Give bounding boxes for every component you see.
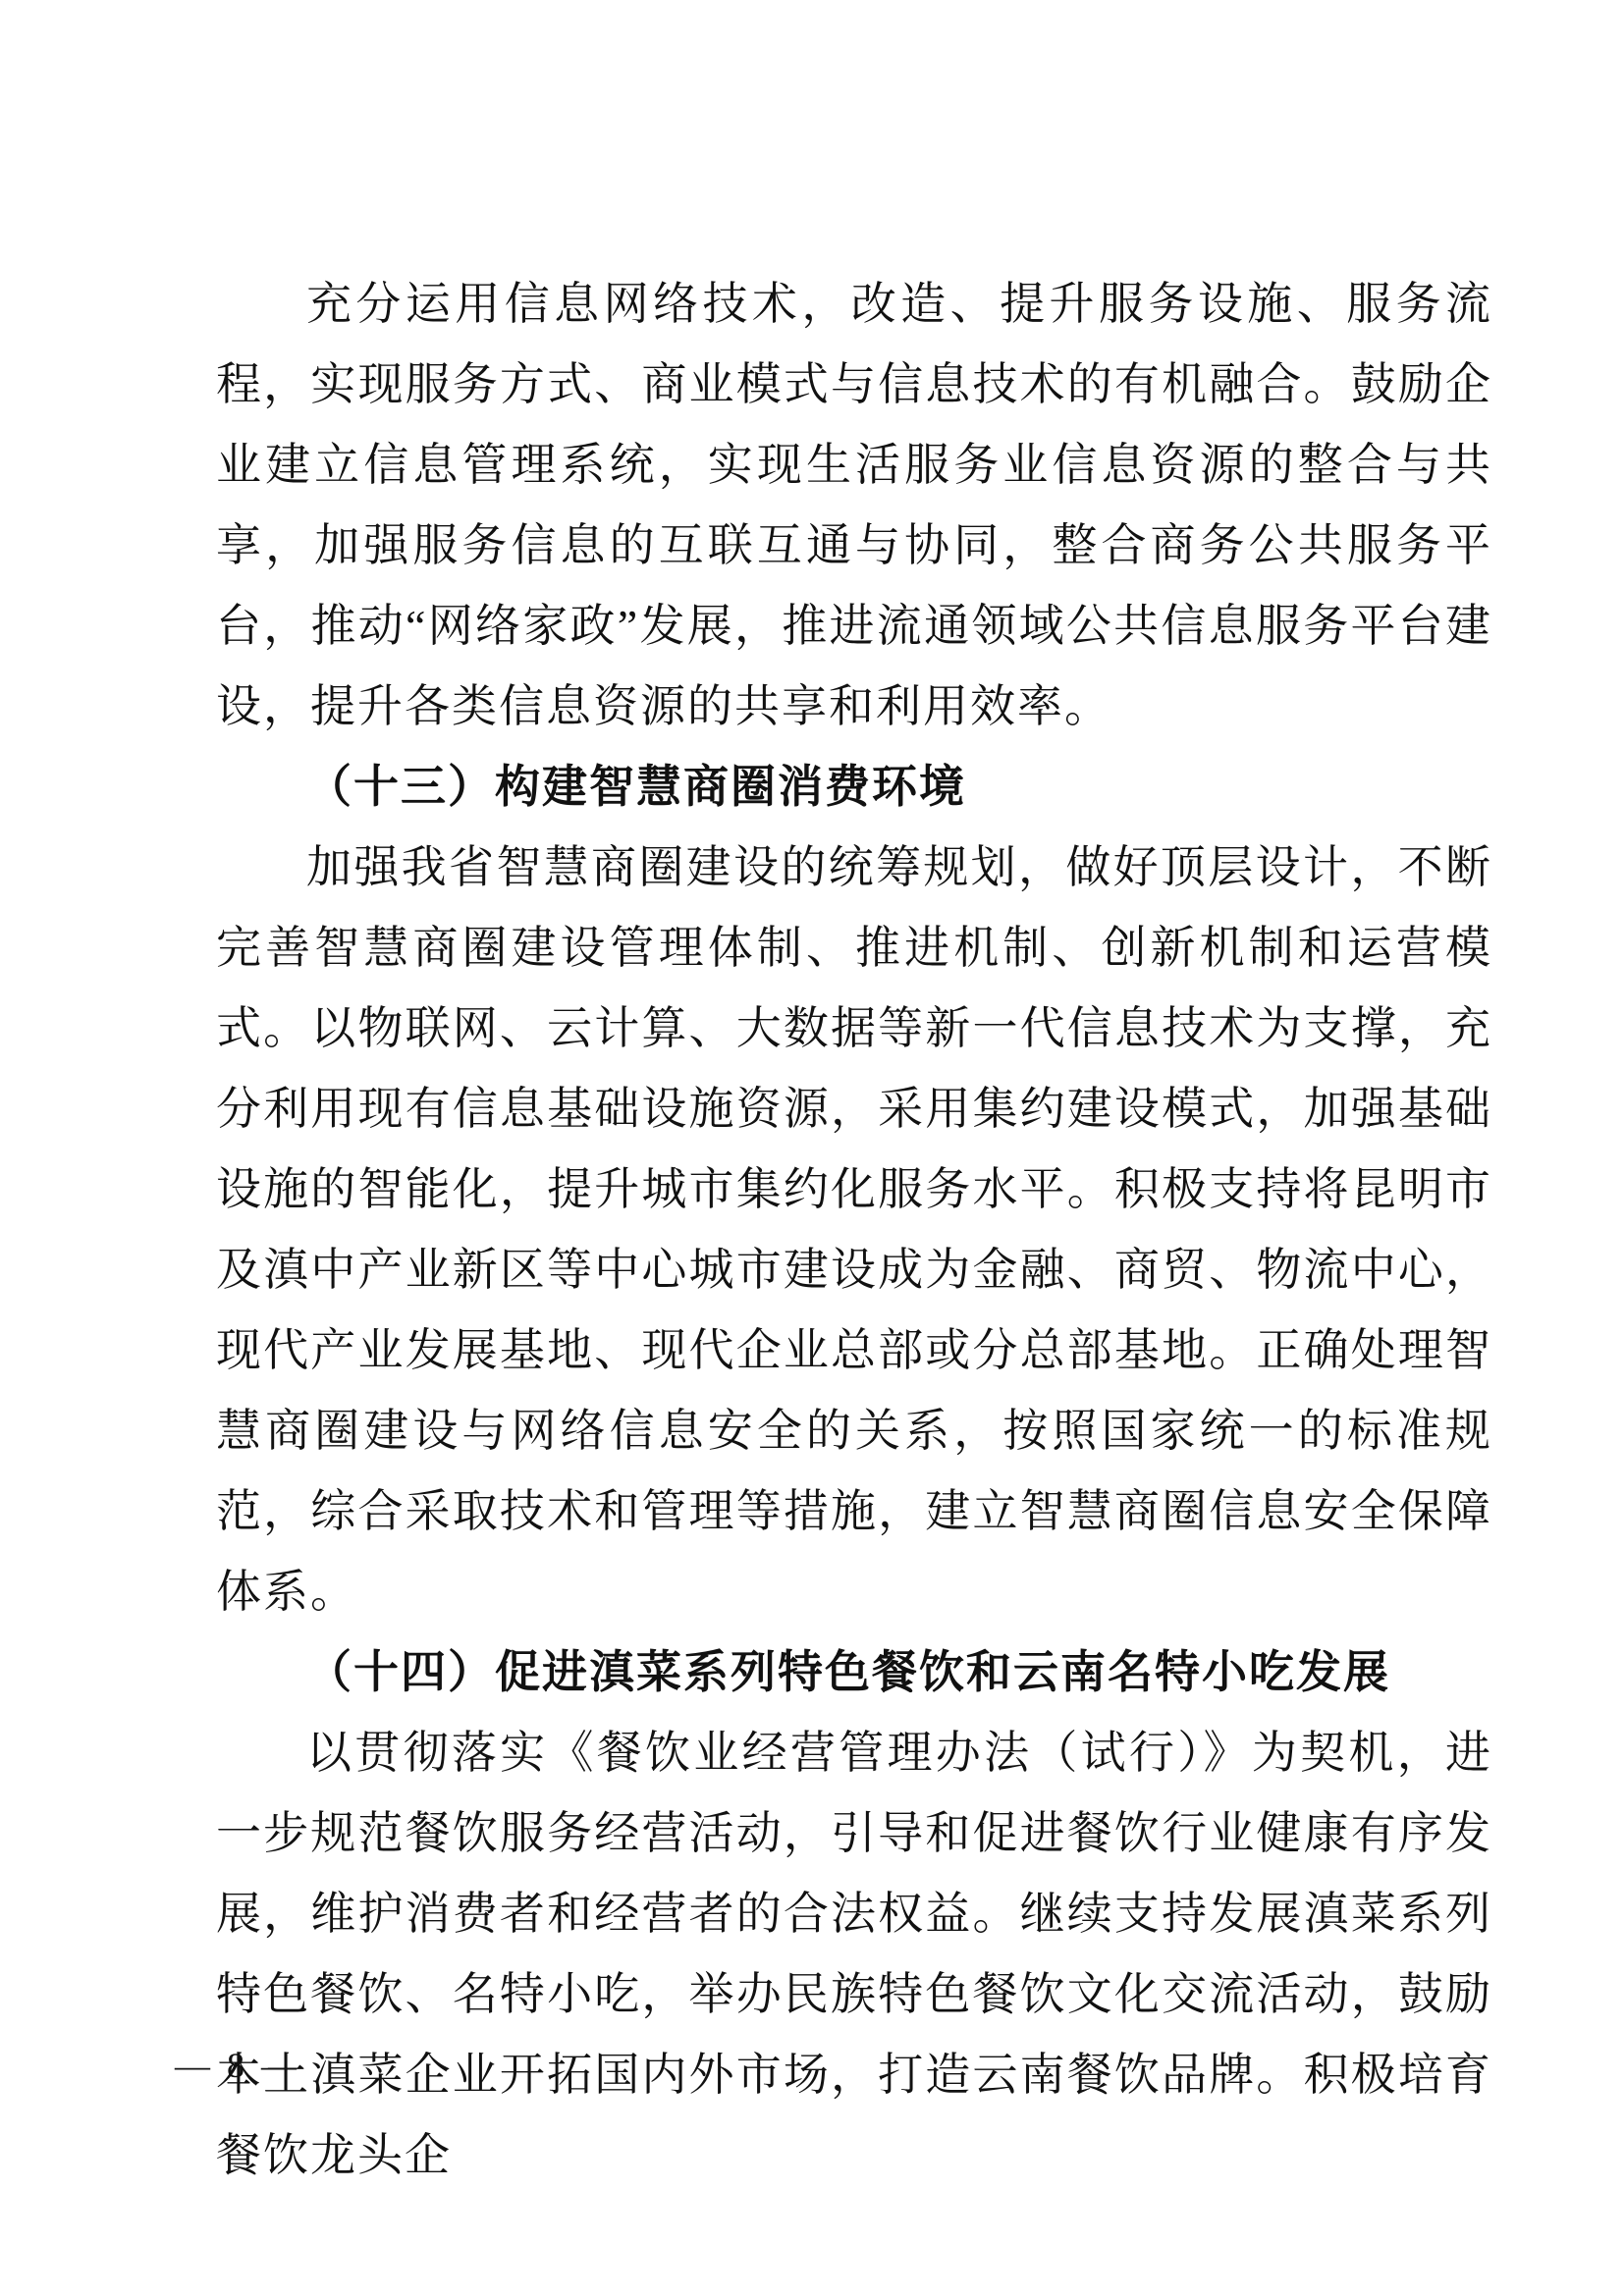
paragraph-info-network: 充分运用信息网络技术，改造、提升服务设施、服务流程，实现服务方式、商业模式与信息…: [216, 264, 1492, 747]
paragraph-yunnan-cuisine: 以贯彻落实《餐饮业经营管理办法（试行）》为契机，进一步规范餐饮服务经营活动，引导…: [216, 1713, 1492, 2196]
section-heading-13: （十三）构建智慧商圈消费环境: [216, 747, 1492, 828]
document-page: 充分运用信息网络技术，改造、提升服务设施、服务流程，实现服务方式、商业模式与信息…: [0, 0, 1624, 2296]
section-heading-14: （十四）促进滇菜系列特色餐饮和云南名特小吃发展: [216, 1632, 1492, 1713]
paragraph-smart-business-circle: 加强我省智慧商圈建设的统筹规划，做好顶层设计，不断完善智慧商圈建设管理体制、推进…: [216, 828, 1492, 1632]
page-number: — 8 —: [175, 2045, 300, 2086]
document-body: 充分运用信息网络技术，改造、提升服务设施、服务流程，实现服务方式、商业模式与信息…: [216, 264, 1492, 2196]
